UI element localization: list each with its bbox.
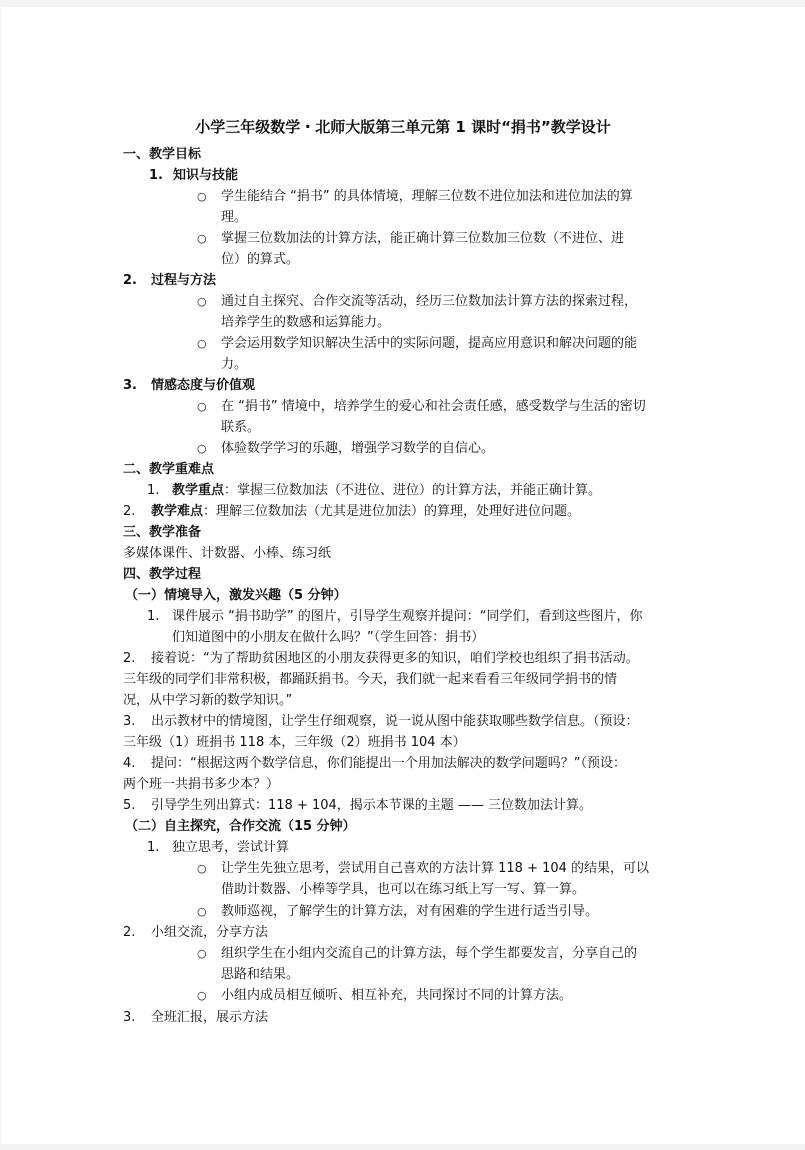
item-number: 1. [147,482,159,500]
list-item-text: 联系。 [221,419,260,437]
document-title: 小学三年级数学・北师大版第三单元第 1 课时“捐书”教学设计 [1,118,805,136]
step-label: 小组交流，分享方法 [151,924,268,942]
list-item-text: 位）的算式。 [221,251,299,269]
subsection-number: 3. [123,377,137,395]
list-item-text: 学会运用数学知识解决生活中的实际问题，提高应用意识和解决问题的能 [221,335,637,353]
item-number: 4. [123,755,135,773]
bullet-icon: ○ [197,945,207,963]
list-item-text: 理。 [221,209,247,227]
process-item-text: 况，从中学习新的数学知识。” [123,692,292,710]
bullet-icon: ○ [197,293,207,311]
bullet-icon: ○ [197,903,207,921]
process-item-text: 两个班一共捐书多少本？） [123,776,279,794]
item-number: 2. [123,924,135,942]
list-item-text: 培养学生的数感和运算能力。 [221,314,390,332]
key-point-text: ：掌握三位数加法（不进位、进位）的计算方法，并能正确计算。 [224,483,601,498]
subsection-number: 2. [123,272,137,290]
list-item-text: 体验数学学习的乐趣，增强学习数学的自信心。 [221,440,494,458]
bullet-icon: ○ [197,860,207,878]
list-item-text: 小组内成员相互倾听、相互补充，共同探讨不同的计算方法。 [221,987,572,1005]
list-item-text: 让学生先独立思考，尝试用自己喜欢的方法计算 118 + 104 的结果，可以 [221,860,649,878]
step-label: 全班汇报，展示方法 [151,1009,268,1027]
list-item-text: 力。 [221,356,247,374]
item-number: 2. [123,503,135,521]
bullet-icon: ○ [197,987,207,1005]
list-item-text: 在 “捐书” 情境中，培养学生的爱心和社会责任感，感受数学与生活的密切 [221,398,646,416]
process-item-text: 们知道图中的小朋友在做什么吗？”（学生回答：捐书） [172,629,484,647]
list-item-text: 思路和结果。 [221,966,299,984]
list-item-text: 教师巡视，了解学生的计算方法，对有困难的学生进行适当引导。 [221,903,598,921]
list-item-text: 组织学生在小组内交流自己的计算方法，每个学生都要发言，分享自己的 [221,945,637,963]
bullet-icon: ○ [197,188,207,206]
subsection-number: 1. [149,167,163,185]
process-item-text: 引导学生列出算式：118 + 104，揭示本节课的主题 —— 三位数加法计算。 [151,797,592,815]
list-item-text: 掌握三位数加法的计算方法，能正确计算三位数加三位数（不进位、进 [221,230,624,248]
preparation-text: 多媒体课件、计数器、小棒、练习纸 [123,545,331,563]
item-number: 1. [147,839,159,857]
item-number: 3. [123,1009,135,1027]
section-heading-process: 四、教学过程 [123,566,201,584]
process-item-text: 三年级的同学们非常积极，都踊跃捐书。今天，我们就一起来看看三年级同学捐书的情 [123,671,617,689]
subsection-heading-knowledge: 知识与技能 [173,167,238,185]
bullet-icon: ○ [197,398,207,416]
subsection-heading-process: 过程与方法 [151,272,216,290]
section-heading-objectives: 一、教学目标 [123,146,201,164]
section-heading-preparation: 三、教学准备 [123,524,201,542]
document-page: 小学三年级数学・北师大版第三单元第 1 课时“捐书”教学设计 一、教学目标 1.… [1,7,805,1144]
item-number: 3. [123,713,135,731]
process-item-text: 三年级（1）班捐书 118 本，三年级（2）班捐书 104 本） [123,734,466,752]
key-point-label: 教学重点 [172,483,224,498]
part-heading-explore: （二）自主探究，合作交流（15 分钟） [125,818,356,836]
difficulty-item: 教学难点：理解三位数加法（尤其是进位加法）的算理，处理好进位问题。 [151,503,580,521]
bullet-icon: ○ [197,440,207,458]
subsection-heading-attitude: 情感态度与价值观 [151,377,255,395]
difficulty-text: ：理解三位数加法（尤其是进位加法）的算理，处理好进位问题。 [203,504,580,519]
process-item-text: 接着说：“为了帮助贫困地区的小朋友获得更多的知识，咱们学校也组织了捐书活动。 [151,650,639,668]
section-heading-key-points: 二、教学重难点 [123,461,214,479]
key-point-item: 教学重点：掌握三位数加法（不进位、进位）的计算方法，并能正确计算。 [172,482,601,500]
process-item-text: 课件展示 “捐书助学” 的图片，引导学生观察并提问：“同学们，看到这些图片，你 [172,608,642,626]
list-item-text: 借助计数器、小棒等学具，也可以在练习纸上写一写、算一算。 [221,881,585,899]
list-item-text: 学生能结合 “捐书” 的具体情境，理解三位数不进位加法和进位加法的算 [221,188,633,206]
process-item-text: 出示教材中的情境图，让学生仔细观察，说一说从图中能获取哪些数学信息。（预设： [151,713,639,731]
item-number: 2. [123,650,135,668]
item-number: 1. [147,608,159,626]
bullet-icon: ○ [197,230,207,248]
process-item-text: 提问：“根据这两个数学信息，你们能提出一个用加法解决的数学问题吗？”（预设： [151,755,626,773]
part-heading-intro: （一）情境导入，激发兴趣（5 分钟） [125,587,347,605]
list-item-text: 通过自主探究、合作交流等活动，经历三位数加法计算方法的探索过程， [221,293,637,311]
difficulty-label: 教学难点 [151,504,203,519]
item-number: 5. [123,797,135,815]
step-label: 独立思考，尝试计算 [172,839,289,857]
bullet-icon: ○ [197,335,207,353]
